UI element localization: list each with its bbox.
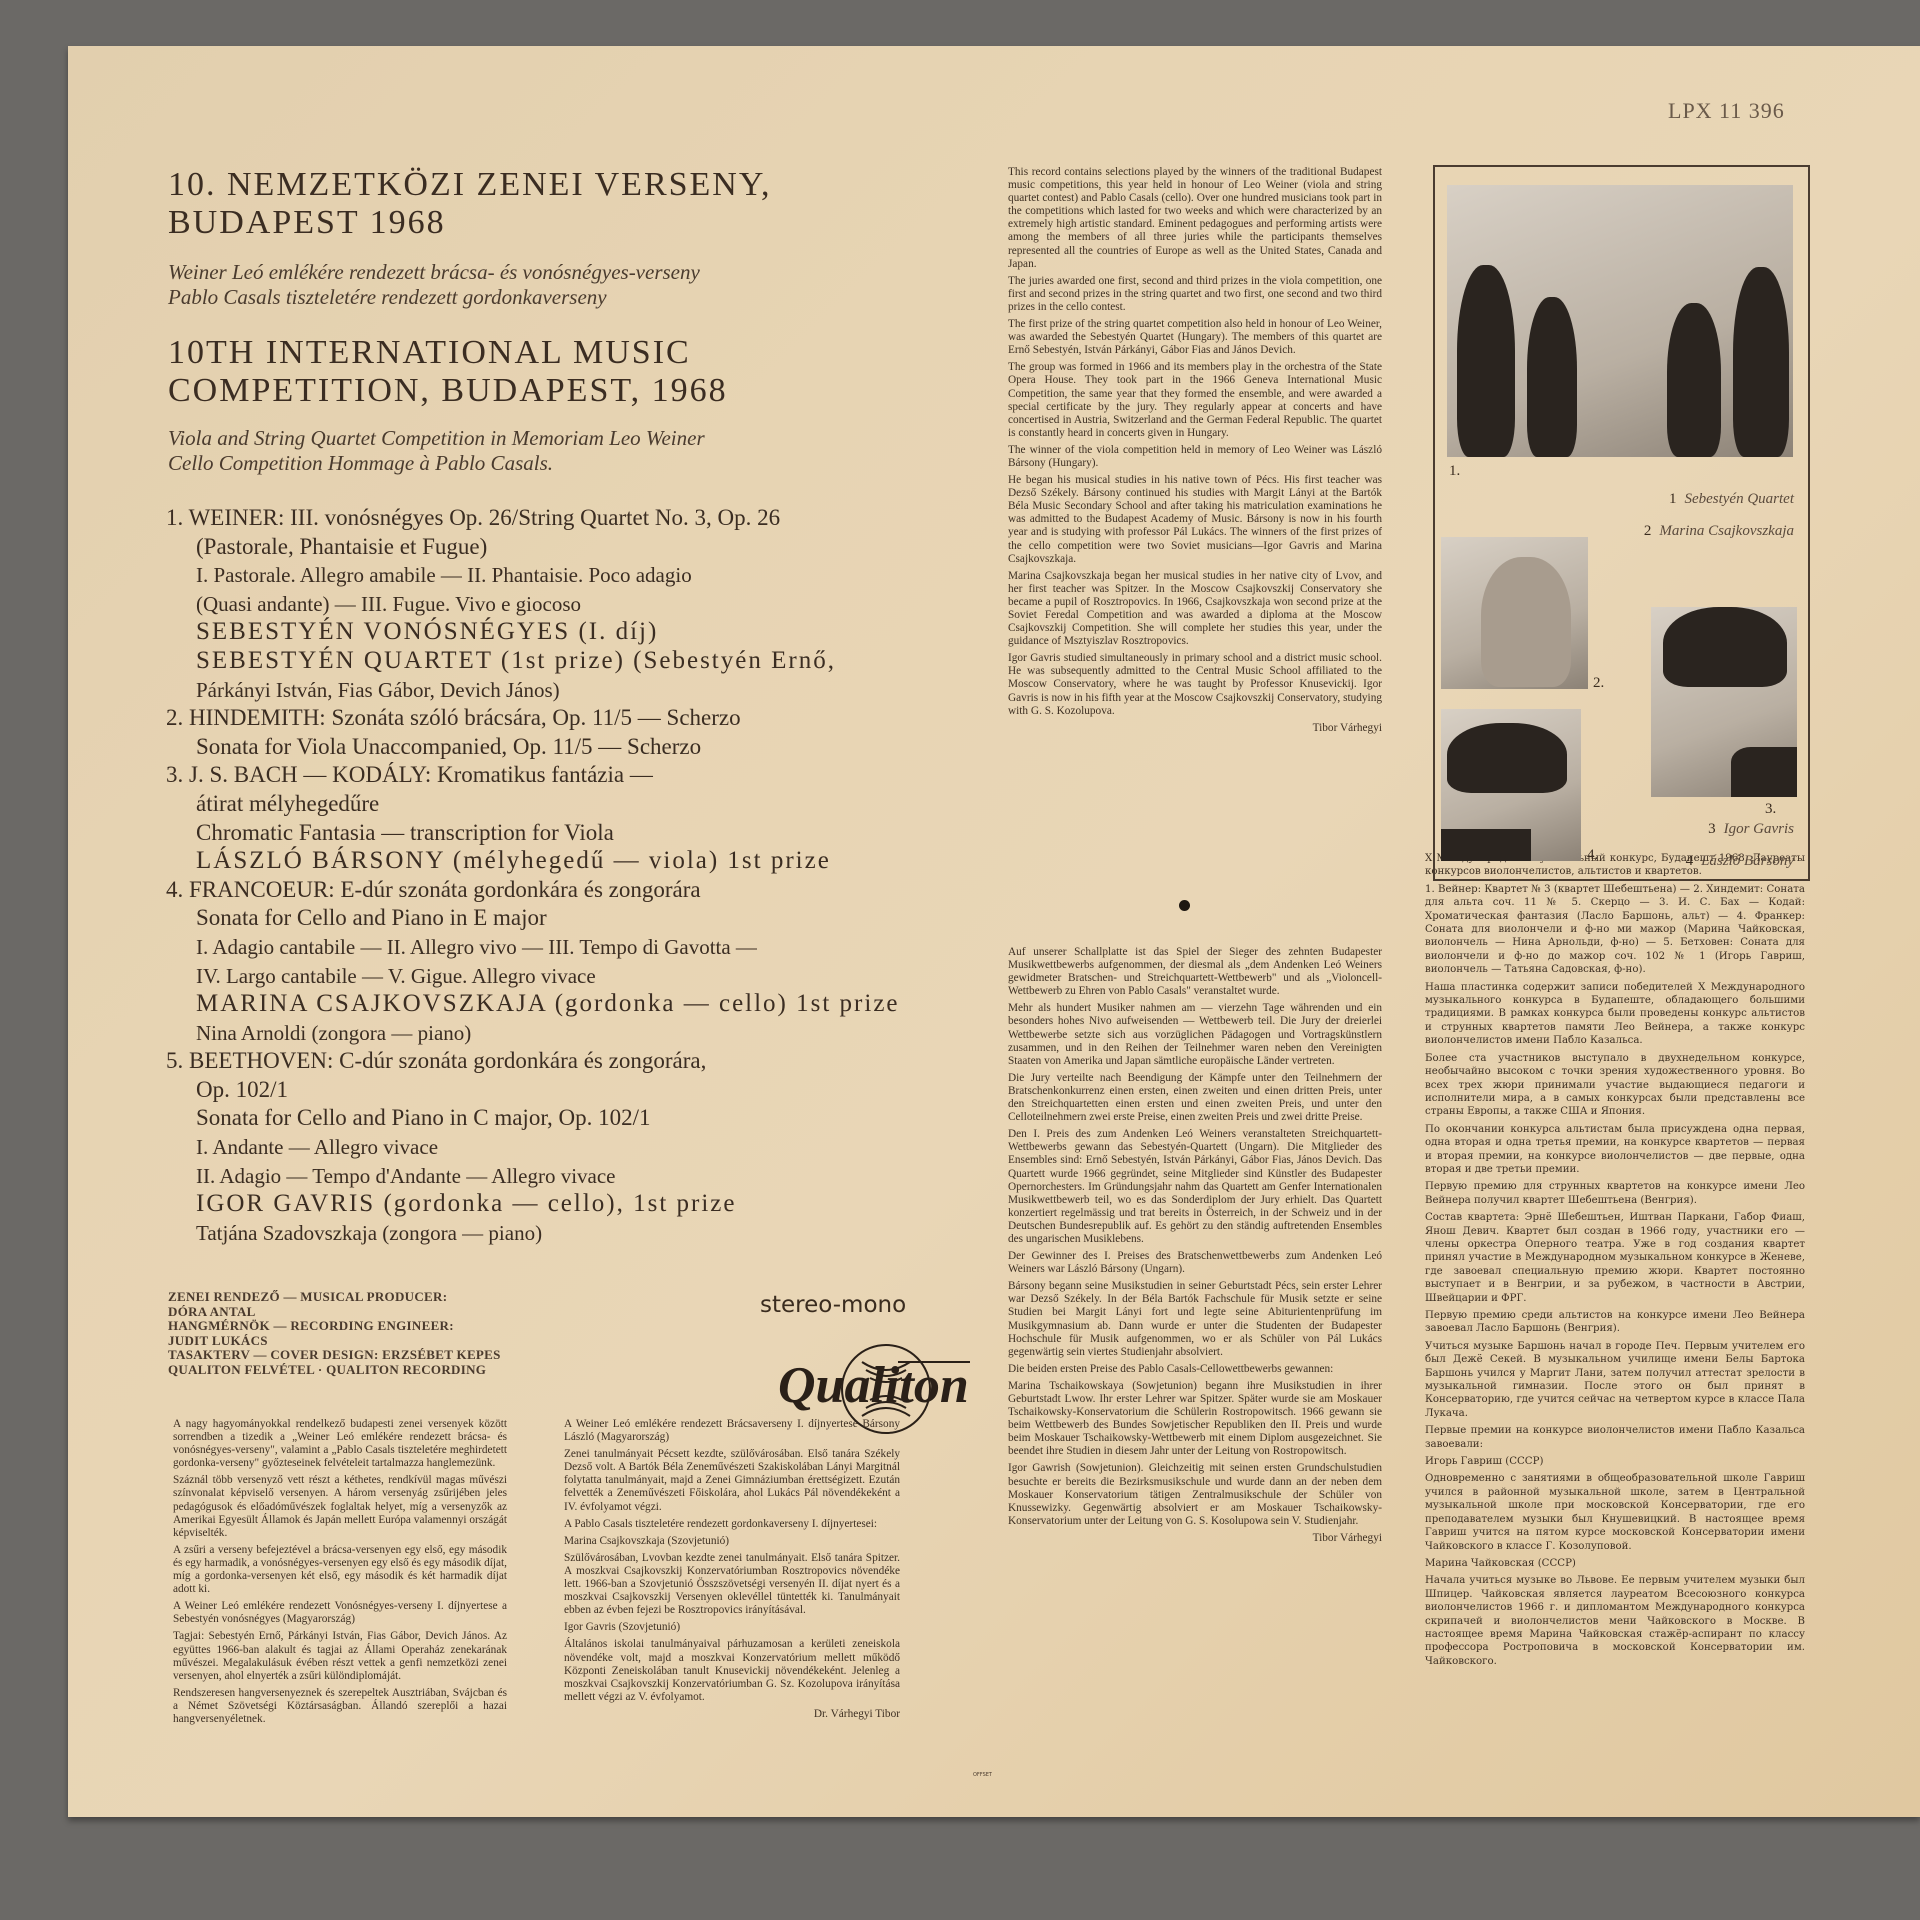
subtitle-english: Viola and String Quartet Competition in … xyxy=(168,426,705,476)
paragraph: По окончании конкурса альтистам была при… xyxy=(1425,1123,1805,1177)
credit-line: TASAKTERV — COVER DESIGN: ERZSÉBET KEPES xyxy=(168,1348,501,1363)
photo-marker: 4. xyxy=(1587,847,1598,864)
track-line: (Quasi andante) — III. Fugue. Vivo e gio… xyxy=(166,590,886,619)
caption-3: 3Igor Gavris xyxy=(1708,821,1794,838)
track-line: IV. Largo cantabile — V. Gigue. Allegro … xyxy=(166,962,886,991)
paragraph: Состав квартета: Эрнё Шебештьен, Иштван … xyxy=(1425,1211,1805,1305)
production-credits: ZENEI RENDEZŐ — MUSICAL PRODUCER:DÓRA AN… xyxy=(168,1290,501,1377)
track-line: SEBESTYÉN VONÓSNÉGYES (I. díj) xyxy=(166,618,886,647)
credit-line: JUDIT LUKÁCS xyxy=(168,1334,501,1349)
paragraph: A nagy hagyományokkal rendelkező budapes… xyxy=(173,1418,507,1470)
paragraph: Általános iskolai tanulmányaival párhuza… xyxy=(564,1638,900,1703)
paragraph: Igor Gawrish (Sowjetunion). Gleichzeitig… xyxy=(1008,1462,1382,1527)
liner-notes-hungarian-2: A Weiner Leó emlékére rendezett Brácsave… xyxy=(564,1418,900,1725)
paragraph: Igor Gavris studied simultaneously in pr… xyxy=(1008,652,1382,717)
paragraph: Der Gewinner des I. Preises des Bratsche… xyxy=(1008,1250,1382,1276)
paragraph: This record contains selections played b… xyxy=(1008,166,1382,271)
caption-2: 2Marina Csajkovszkaja xyxy=(1644,523,1794,540)
paragraph: Учиться музыке Баршонь начал в городе Пе… xyxy=(1425,1340,1805,1420)
photo-quartet xyxy=(1447,185,1793,457)
record-sleeve-back: LPX 11 396 10. NEMZETKÖZI ZENEI VERSENY,… xyxy=(68,46,1920,1817)
title-en-line: COMPETITION, BUDAPEST, 1968 xyxy=(168,372,728,410)
paragraph: Száznál több versenyző vett részt a kéth… xyxy=(173,1474,507,1539)
bullet-dot xyxy=(1179,900,1190,911)
credit-line: DÓRA ANTAL xyxy=(168,1305,501,1320)
track-line: Sonata for Viola Unaccompanied, Op. 11/5… xyxy=(166,733,886,762)
credit-line: ZENEI RENDEZŐ — MUSICAL PRODUCER: xyxy=(168,1290,501,1305)
paragraph: A Weiner Leó emlékére rendezett Brácsave… xyxy=(564,1418,900,1444)
paragraph: 1. Вейнер: Квартет № 3 (квартет Шебештье… xyxy=(1425,883,1805,977)
paragraph: Первую премию для струнных квартетов на … xyxy=(1425,1180,1805,1207)
paragraph: Zenei tanulmányait Pécsett kezdte, szülő… xyxy=(564,1448,900,1513)
title-hungarian: 10. NEMZETKÖZI ZENEI VERSENY, BUDAPEST 1… xyxy=(168,166,772,242)
subtitle-hu-line: Pablo Casals tiszteletére rendezett gord… xyxy=(168,285,700,310)
credit-line: HANGMÉRNÖK — RECORDING ENGINEER: xyxy=(168,1319,501,1334)
track-line: Sonata for Cello and Piano in C major, O… xyxy=(166,1104,886,1133)
paragraph: Marina Tschaikowskaya (Sowjetunion) bega… xyxy=(1008,1380,1382,1459)
paragraph: Bársony begann seine Musikstudien in sei… xyxy=(1008,1280,1382,1359)
photo-barsony xyxy=(1441,709,1581,861)
photo-csajkovszkaja xyxy=(1441,537,1588,689)
paragraph: Die beiden ersten Preise des Pablo Casal… xyxy=(1008,1363,1382,1376)
signature: Tibor Várhegyi xyxy=(1008,1532,1382,1545)
track-line: MARINA CSAJKOVSZKAJA (gordonka — cello) … xyxy=(166,990,886,1019)
track-line: (Pastorale, Phantaisie et Fugue) xyxy=(166,533,886,562)
track-line: 4. FRANCOEUR: E-dúr szonáta gordonkára é… xyxy=(166,876,886,905)
track-line: Nina Arnoldi (zongora — piano) xyxy=(166,1019,886,1048)
track-line: SEBESTYÉN QUARTET (1st prize) (Sebestyén… xyxy=(166,647,886,676)
liner-notes-hungarian-1: A nagy hagyományokkal rendelkező budapes… xyxy=(173,1418,507,1730)
paragraph: The group was formed in 1966 and its mem… xyxy=(1008,361,1382,440)
track-line: átirat mélyhegedűre xyxy=(166,790,886,819)
paragraph: Igor Gavris (Szovjetunió) xyxy=(564,1621,900,1634)
track-list: 1. WEINER: III. vonósnégyes Op. 26/Strin… xyxy=(166,504,886,1247)
paragraph: Начала учиться музыке во Львове. Ее перв… xyxy=(1425,1574,1805,1668)
paragraph: Mehr als hundert Musiker nahmen am — vie… xyxy=(1008,1002,1382,1067)
printer-mark: OFFSET xyxy=(973,1772,992,1778)
catalog-number: LPX 11 396 xyxy=(1668,98,1785,124)
track-line: LÁSZLÓ BÁRSONY (mélyhegedű — viola) 1st … xyxy=(166,847,886,876)
paragraph: The first prize of the string quartet co… xyxy=(1008,318,1382,357)
track-line: I. Pastorale. Allegro amabile — II. Phan… xyxy=(166,561,886,590)
track-line: II. Adagio — Tempo d'Andante — Allegro v… xyxy=(166,1162,886,1191)
track-line: 3. J. S. BACH — KODÁLY: Kromatikus fantá… xyxy=(166,761,886,790)
subtitle-hungarian: Weiner Leó emlékére rendezett brácsa- és… xyxy=(168,260,700,310)
liner-notes-russian: X Международный музыкальный конкурс, Буд… xyxy=(1425,852,1805,1672)
title-hu-line: 10. NEMZETKÖZI ZENEI VERSENY, xyxy=(168,166,772,204)
paragraph: Первую премию среди альтистов на конкурс… xyxy=(1425,1309,1805,1336)
paragraph: Den I. Preis des zum Andenken Leó Weiner… xyxy=(1008,1128,1382,1246)
paragraph: A Weiner Leó emlékére rendezett Vonósnég… xyxy=(173,1600,507,1626)
track-line: Sonata for Cello and Piano in E major xyxy=(166,904,886,933)
subtitle-hu-line: Weiner Leó emlékére rendezett brácsa- és… xyxy=(168,260,700,285)
track-line: 2. HINDEMITH: Szonáta szóló brácsára, Op… xyxy=(166,704,886,733)
track-line: Tatjána Szadovszkaja (zongora — piano) xyxy=(166,1219,886,1248)
photo-gavris xyxy=(1651,607,1797,797)
photo-panel: 1. 1Sebestyén Quartet 2Marina Csajkovszk… xyxy=(1433,165,1810,881)
paragraph: Die Jury verteilte nach Beendigung der K… xyxy=(1008,1072,1382,1124)
caption-1: 1Sebestyén Quartet xyxy=(1669,491,1794,508)
paragraph: Первые премии на конкурсе виолончелистов… xyxy=(1425,1424,1805,1451)
photo-marker: 2. xyxy=(1593,675,1604,692)
title-english: 10TH INTERNATIONAL MUSIC COMPETITION, BU… xyxy=(168,334,728,410)
format-label: stereo-mono xyxy=(760,1292,906,1318)
paragraph: Tagjai: Sebestyén Ernő, Párkányi István,… xyxy=(173,1630,507,1682)
paragraph: Наша пластинка содержит записи победител… xyxy=(1425,981,1805,1048)
paragraph: A zsűri a verseny befejeztével a brácsa-… xyxy=(173,1544,507,1596)
caption-4: 4László Bársony xyxy=(1686,853,1794,870)
paragraph: A Pablo Casals tiszteletére rendezett go… xyxy=(564,1518,900,1531)
photo-marker: 1. xyxy=(1449,463,1460,480)
track-line: 5. BEETHOVEN: C-dúr szonáta gordonkára é… xyxy=(166,1047,886,1076)
paragraph: Szülővárosában, Lvovban kezdte zenei tan… xyxy=(564,1552,900,1617)
signature: Tibor Várhegyi xyxy=(1008,722,1382,735)
track-line: Párkányi István, Fias Gábor, Devich Jáno… xyxy=(166,676,886,705)
paragraph: Одновременно с занятиями в общеобразоват… xyxy=(1425,1472,1805,1552)
track-line: Chromatic Fantasia — transcription for V… xyxy=(166,819,886,848)
paragraph: The winner of the viola competition held… xyxy=(1008,444,1382,470)
subtitle-en-line: Cello Competition Hommage à Pablo Casals… xyxy=(168,451,705,476)
track-line: IGOR GAVRIS (gordonka — cello), 1st priz… xyxy=(166,1190,886,1219)
svg-text:Qualiton: Qualiton xyxy=(778,1357,969,1414)
subtitle-en-line: Viola and String Quartet Competition in … xyxy=(168,426,705,451)
paragraph: Rendszeresen hangversenyeznek és szerepe… xyxy=(173,1687,507,1726)
liner-notes-english: This record contains selections played b… xyxy=(1008,166,1382,739)
paragraph: The juries awarded one first, second and… xyxy=(1008,275,1382,314)
track-line: 1. WEINER: III. vonósnégyes Op. 26/Strin… xyxy=(166,504,886,533)
title-en-line: 10TH INTERNATIONAL MUSIC xyxy=(168,334,728,372)
signature: Dr. Várhegyi Tibor xyxy=(564,1708,900,1721)
paragraph: He began his musical studies in his nati… xyxy=(1008,474,1382,566)
photo-marker: 3. xyxy=(1765,801,1776,818)
title-hu-line: BUDAPEST 1968 xyxy=(168,204,772,242)
liner-notes-german: Auf unserer Schallplatte ist das Spiel d… xyxy=(1008,946,1382,1549)
credit-line: QUALITON FELVÉTEL · QUALITON RECORDING xyxy=(168,1363,501,1378)
paragraph: Марина Чайковская (СССР) xyxy=(1425,1557,1805,1570)
paragraph: Игорь Гавриш (СССР) xyxy=(1425,1455,1805,1468)
paragraph: Более ста участников выступало в двухнед… xyxy=(1425,1052,1805,1119)
paragraph: Auf unserer Schallplatte ist das Spiel d… xyxy=(1008,946,1382,998)
track-line: Op. 102/1 xyxy=(166,1076,886,1105)
paragraph: Marina Csajkovszkaja (Szovjetunió) xyxy=(564,1535,900,1548)
track-line: I. Adagio cantabile — II. Allegro vivo —… xyxy=(166,933,886,962)
paragraph: Marina Csajkovszkaja began her musical s… xyxy=(1008,570,1382,649)
track-line: I. Andante — Allegro vivace xyxy=(166,1133,886,1162)
